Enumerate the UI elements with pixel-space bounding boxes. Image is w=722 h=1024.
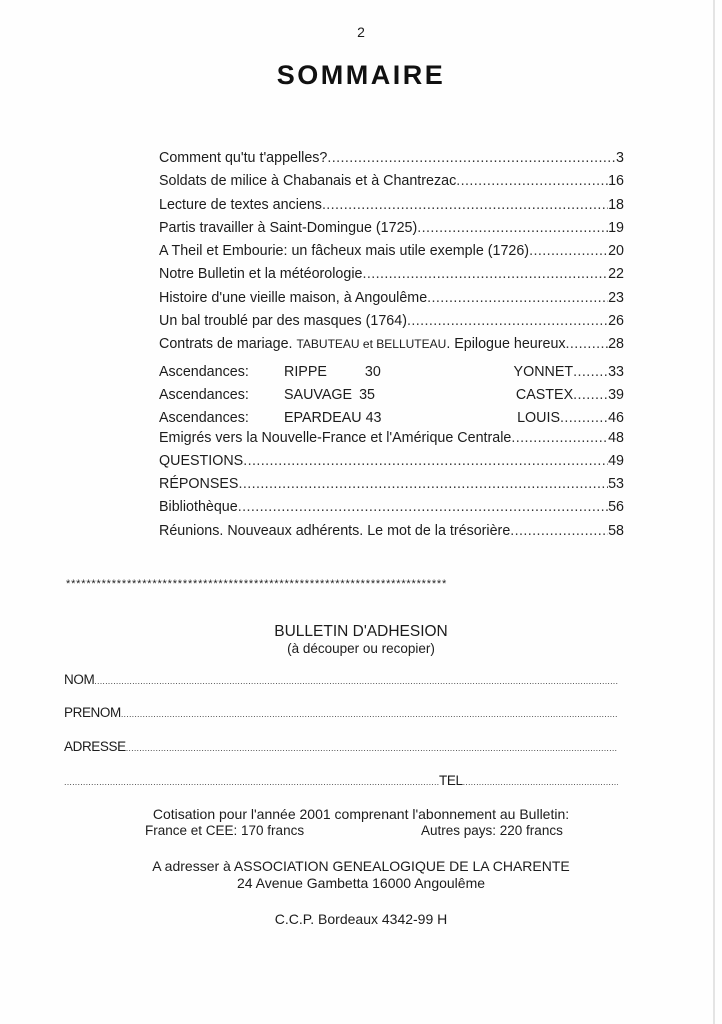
toc-entry-page: 18 — [608, 197, 624, 213]
page-number: 2 — [0, 24, 722, 40]
adresse-label: ADRESSE — [64, 739, 126, 754]
dot-leader — [417, 220, 608, 236]
toc-entry: Contrats de mariage. TABUTEAU et BELLUTE… — [159, 336, 624, 359]
adresse-tel-field[interactable]: TEL — [64, 773, 618, 788]
toc-entry: Soldats de milice à Chabanais et à Chant… — [159, 173, 624, 196]
toc-entry-title: QUESTIONS — [159, 453, 243, 469]
ascendance-row: Ascendances: EPARDEAU43 LOUIS...........… — [159, 406, 624, 429]
dot-leader — [456, 173, 608, 189]
tel-label: TEL — [439, 773, 463, 788]
title-part: Contrats de mariage. — [159, 336, 296, 352]
toc-entry-title: Partis travailler à Saint-Domingue (1725… — [159, 220, 417, 236]
ascendance-page: 43 — [366, 410, 382, 426]
toc-entry-page: 20 — [608, 243, 624, 259]
toc-entry-title: Bibliothèque — [159, 499, 238, 515]
dot-leader — [94, 676, 618, 686]
price-france: France et CEE: 170 francs — [145, 823, 304, 838]
toc-entry-title: A Theil et Embourie: un fâcheux mais uti… — [159, 243, 529, 259]
toc-entry-title: Notre Bulletin et la météorologie — [159, 266, 362, 282]
ascendance-first: SAUVAGE35 — [284, 387, 375, 403]
dot-leader — [407, 313, 608, 329]
prenom-field[interactable]: PRENOM — [64, 705, 618, 720]
toc-entry-title: Contrats de mariage. TABUTEAU et BELLUTE… — [159, 336, 566, 352]
toc-entry: Réunions. Nouveaux adhérents. Le mot de … — [159, 523, 624, 546]
dot-leader — [64, 777, 439, 787]
dot-leader — [463, 777, 618, 787]
ascendance-page: 33 — [608, 364, 624, 380]
toc-entry: Un bal troublé par des masques (1764)26 — [159, 313, 624, 336]
address-line-2: 24 Avenue Gambetta 16000 Angoulême — [0, 875, 722, 891]
nom-label: NOM — [64, 672, 94, 687]
dot-leader — [243, 453, 608, 469]
dot-leader: ........ — [573, 387, 608, 403]
toc-entry-page: 48 — [608, 430, 624, 446]
toc-entry-page: 3 — [616, 150, 624, 166]
dot-leader — [322, 197, 608, 213]
table-of-contents: Comment qu'tu t'appelles?3 Soldats de mi… — [159, 150, 624, 546]
nom-field[interactable]: NOM — [64, 672, 618, 687]
ascendance-page: 30 — [365, 364, 381, 380]
ascendance-first: RIPPE30 — [284, 364, 381, 380]
toc-entry: Lecture de textes anciens18 — [159, 197, 624, 220]
ascendance-name: CASTEX — [516, 387, 573, 403]
toc-entry-title: Soldats de milice à Chabanais et à Chant… — [159, 173, 456, 189]
toc-entry: Partis travailler à Saint-Domingue (1725… — [159, 220, 624, 243]
toc-entry: Notre Bulletin et la météorologie22 — [159, 266, 624, 289]
dot-leader — [327, 150, 616, 166]
toc-entry-title: Réunions. Nouveaux adhérents. Le mot de … — [159, 523, 510, 539]
bulletin-title: BULLETIN D'ADHESION — [0, 623, 722, 641]
toc-entry-title: Un bal troublé par des masques (1764) — [159, 313, 407, 329]
toc-entry-title: Lecture de textes anciens — [159, 197, 322, 213]
ccp-line: C.C.P. Bordeaux 4342-99 H — [0, 911, 722, 927]
dot-leader — [510, 523, 608, 539]
toc-entry-title: Histoire d'une vieille maison, à Angoulê… — [159, 290, 427, 306]
ascendance-label: Ascendances: — [159, 364, 249, 380]
ascendance-label: Ascendances: — [159, 387, 249, 403]
toc-entry: Bibliothèque56 — [159, 499, 624, 522]
ascendance-row: Ascendances: SAUVAGE35 CASTEX........39 — [159, 383, 624, 406]
ascendance-name: LOUIS — [517, 410, 560, 426]
toc-entry: Emigrés vers la Nouvelle-France et l'Amé… — [159, 430, 624, 453]
toc-entry: A Theil et Embourie: un fâcheux mais uti… — [159, 243, 624, 266]
dot-leader — [566, 336, 609, 352]
toc-entry-page: 53 — [608, 476, 624, 492]
title-part: . Epilogue heureux — [446, 336, 565, 352]
dot-leader — [238, 499, 608, 515]
separator-stars: ****************************************… — [66, 578, 447, 590]
address-line-1: A adresser à ASSOCIATION GENEALOGIQUE DE… — [0, 858, 722, 874]
toc-entry-page: 28 — [608, 336, 624, 352]
ascendance-name: RIPPE — [284, 364, 327, 380]
dot-leader — [529, 243, 608, 259]
dot-leader — [427, 290, 608, 306]
toc-entry-page: 49 — [608, 453, 624, 469]
ascendance-name: YONNET — [514, 364, 574, 380]
toc-entry-title: Emigrés vers la Nouvelle-France et l'Amé… — [159, 430, 511, 446]
toc-entry-page: 19 — [608, 220, 624, 236]
toc-entry-page: 26 — [608, 313, 624, 329]
toc-entry-title: RÉPONSES — [159, 476, 238, 492]
adresse-field[interactable]: ADRESSE — [64, 739, 618, 754]
page-title: SOMMAIRE — [0, 60, 722, 91]
toc-entry: Histoire d'une vieille maison, à Angoulê… — [159, 290, 624, 313]
toc-entry-title: Comment qu'tu t'appelles? — [159, 150, 327, 166]
ascendance-name: SAUVAGE — [284, 387, 352, 403]
dot-leader: ........ — [573, 364, 608, 380]
dot-leader — [362, 266, 608, 282]
toc-entry: QUESTIONS49 — [159, 453, 624, 476]
toc-entry: Comment qu'tu t'appelles?3 — [159, 150, 624, 173]
ascendance-first: EPARDEAU43 — [284, 410, 382, 426]
ascendance-second: LOUIS...........46 — [517, 410, 624, 426]
title-part-names: TABUTEAU et BELLUTEAU — [296, 337, 446, 351]
toc-entry: RÉPONSES53 — [159, 476, 624, 499]
ascendance-second: CASTEX........39 — [516, 387, 624, 403]
toc-entry-page: 16 — [608, 173, 624, 189]
ascendance-second: YONNET........33 — [514, 364, 624, 380]
cotisation-text: Cotisation pour l'année 2001 comprenant … — [0, 806, 722, 822]
toc-entry-page: 56 — [608, 499, 624, 515]
price-other: Autres pays: 220 francs — [421, 823, 563, 838]
ascendance-page: 46 — [608, 410, 624, 426]
toc-entry-page: 58 — [608, 523, 624, 539]
ascendance-name: EPARDEAU — [284, 410, 362, 426]
dot-leader: ........... — [560, 410, 608, 426]
prenom-label: PRENOM — [64, 705, 121, 720]
dot-leader — [238, 476, 608, 492]
dot-leader — [121, 709, 618, 719]
toc-entry-page: 23 — [608, 290, 624, 306]
bulletin-subtitle: (à découper ou recopier) — [0, 641, 722, 656]
toc-entry-page: 22 — [608, 266, 624, 282]
dot-leader — [126, 743, 618, 753]
ascendance-row: Ascendances: RIPPE30 YONNET........33 — [159, 360, 624, 383]
ascendance-label: Ascendances: — [159, 410, 249, 426]
ascendance-page: 39 — [608, 387, 624, 403]
dot-leader — [511, 430, 608, 446]
ascendance-page: 35 — [359, 387, 375, 403]
